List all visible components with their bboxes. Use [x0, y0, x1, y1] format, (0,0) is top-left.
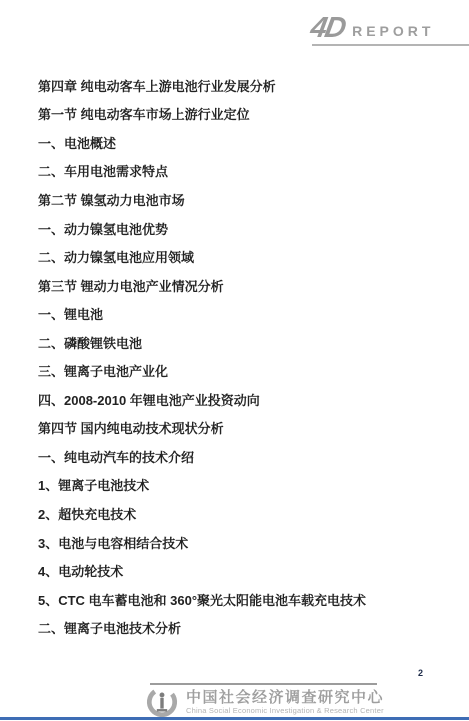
toc-line: 二、动力镍氢电池应用领域: [38, 242, 449, 271]
header-divider: [312, 44, 469, 46]
organization-logo: 中国社会经济调查研究中心 China Social Economic Inves…: [146, 686, 384, 718]
table-of-contents: 第四章 纯电动客车上游电池行业发展分析 第一节 纯电动客车市场上游行业定位 一、…: [38, 71, 449, 642]
org-name-cn: 中国社会经济调查研究中心: [186, 689, 384, 706]
toc-line: 第一节 纯电动客车市场上游行业定位: [38, 100, 449, 129]
toc-line: 第四章 纯电动客车上游电池行业发展分析: [38, 71, 449, 100]
toc-line: 一、锂电池: [38, 299, 449, 328]
toc-line: 一、纯电动汽车的技术介绍: [38, 442, 449, 471]
toc-line: 第二节 镍氢动力电池市场: [38, 185, 449, 214]
document-page: 4D REPORT 第四章 纯电动客车上游电池行业发展分析 第一节 纯电动客车市…: [0, 0, 469, 721]
toc-line: 4、电动轮技术: [38, 556, 449, 585]
toc-line: 2、超快充电技术: [38, 499, 449, 528]
bottom-accent-bar: [0, 717, 469, 720]
toc-line: 第四节 国内纯电动技术现状分析: [38, 414, 449, 443]
toc-line: 第三节 锂动力电池产业情况分析: [38, 271, 449, 300]
toc-line: 四、2008-2010 年锂电池产业投资动向: [38, 385, 449, 414]
page-number: 2: [418, 668, 423, 678]
org-name-block: 中国社会经济调查研究中心 China Social Economic Inves…: [186, 689, 384, 715]
logo-4d-icon: 4D: [308, 13, 346, 43]
toc-line: 1、锂离子电池技术: [38, 471, 449, 500]
footer-divider: [150, 683, 377, 685]
toc-line: 一、动力镍氢电池优势: [38, 214, 449, 243]
org-name-en: China Social Economic Investigation & Re…: [186, 706, 384, 715]
toc-line: 二、锂离子电池技术分析: [38, 613, 449, 642]
report-logo: 4D REPORT: [311, 13, 434, 43]
org-emblem-icon: [146, 686, 178, 718]
toc-line: 二、车用电池需求特点: [38, 157, 449, 186]
toc-line: 3、电池与电容相结合技术: [38, 528, 449, 557]
toc-line: 一、电池概述: [38, 128, 449, 157]
logo-wordmark: REPORT: [352, 23, 434, 39]
toc-line: 三、锂离子电池产业化: [38, 356, 449, 385]
toc-line: 二、磷酸锂铁电池: [38, 328, 449, 357]
toc-line: 5、CTC 电车蓄电池和 360°聚光太阳能电池车载充电技术: [38, 585, 449, 614]
